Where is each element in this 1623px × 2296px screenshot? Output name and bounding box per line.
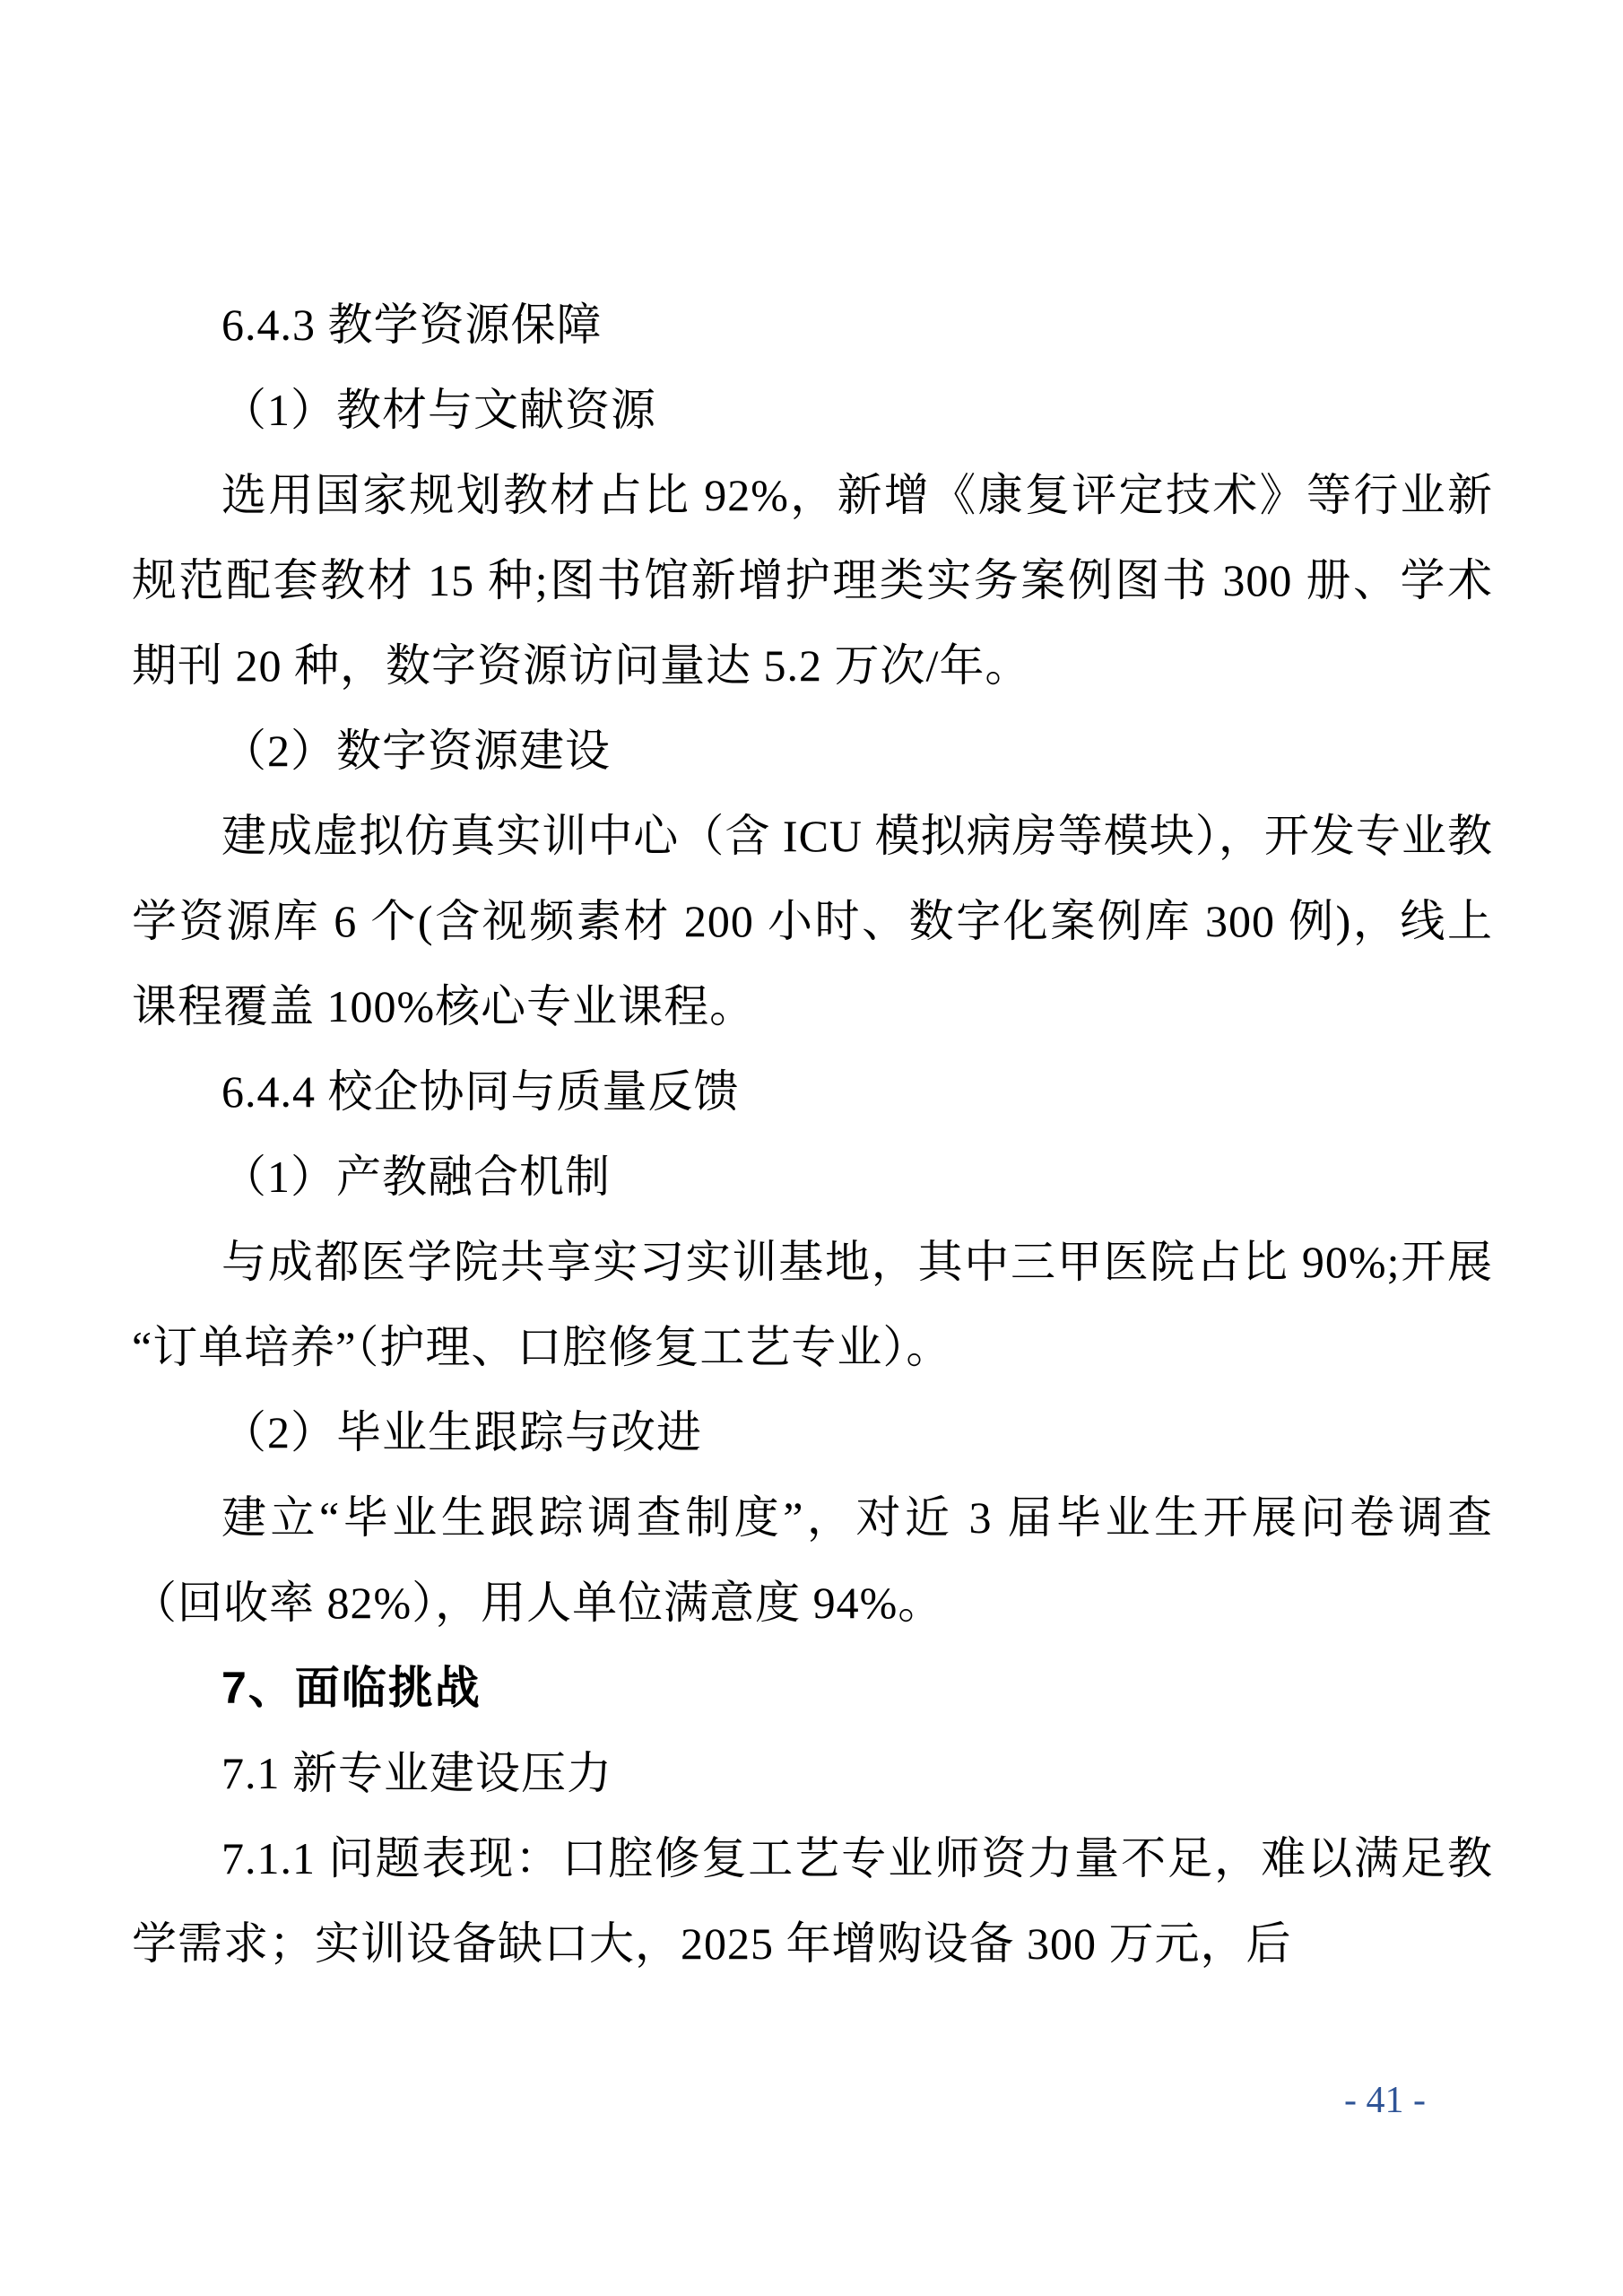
para-7-1-1-problems: 7.1.1 问题表现：口腔修复工艺专业师资力量不足，难以满足教学需求；实训设备缺… (132, 1816, 1493, 1987)
subheading-textbook-literature: （1）教材与文献资源 (132, 368, 1493, 453)
heading-6-4-3: 6.4.3 教学资源保障 (132, 283, 1493, 368)
subheading-graduate-tracking: （2）毕业生跟踪与改进 (132, 1390, 1493, 1475)
heading-6-4-4: 6.4.4 校企协同与质量反馈 (132, 1049, 1493, 1135)
para-industry-education: 与成都医学院共享实习实训基地，其中三甲医院占比 90%;开展“订单培养”（护理、… (132, 1220, 1493, 1390)
subheading-digital-resources: （2）数字资源建设 (132, 709, 1493, 794)
heading-7-1: 7.1 新专业建设压力 (132, 1731, 1493, 1816)
document-body: 6.4.3 教学资源保障 （1）教材与文献资源 选用国家规划教材占比 92%，新… (132, 283, 1493, 1987)
subheading-industry-education: （1）产教融合机制 (132, 1135, 1493, 1220)
page-number: - 41 - (1344, 2074, 1426, 2127)
para-textbook-literature: 选用国家规划教材占比 92%，新增《康复评定技术》等行业新规范配套教材 15 种… (132, 453, 1493, 709)
document-page: 6.4.3 教学资源保障 （1）教材与文献资源 选用国家规划教材占比 92%，新… (0, 0, 1623, 2296)
para-digital-resources: 建成虚拟仿真实训中心（含 ICU 模拟病房等模块），开发专业教学资源库 6 个(… (132, 794, 1493, 1049)
heading-7-challenges: 7、面临挑战 (132, 1646, 1493, 1731)
para-graduate-tracking: 建立“毕业生跟踪调查制度”，对近 3 届毕业生开展问卷调查（回收率 82%），用… (132, 1475, 1493, 1646)
